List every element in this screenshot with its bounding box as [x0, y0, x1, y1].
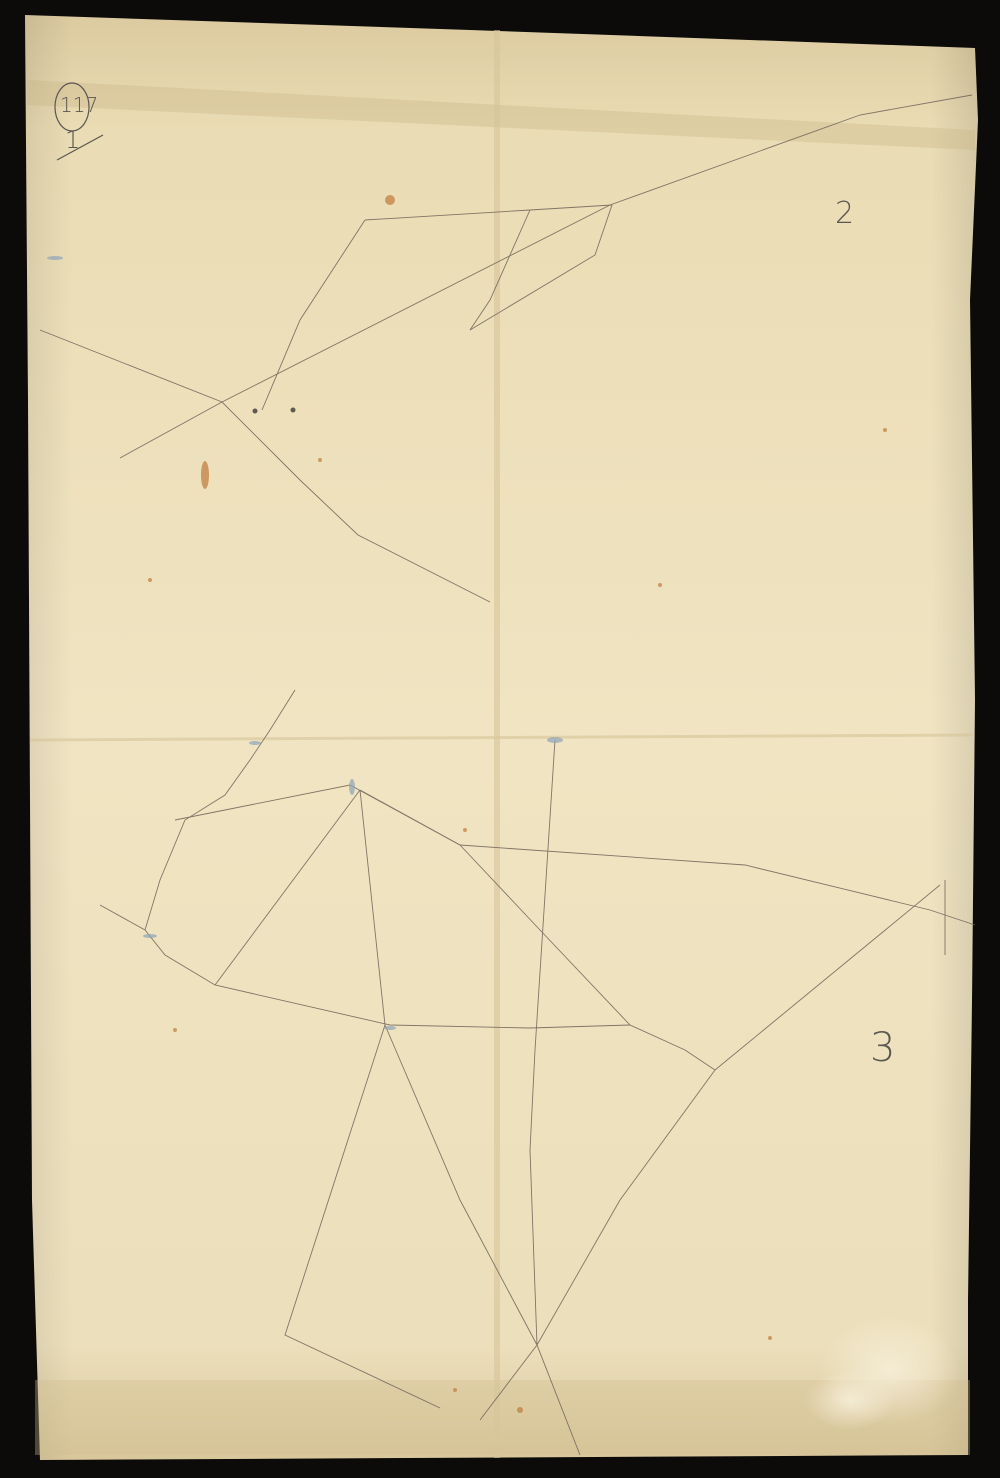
- section-marker-3: 3: [870, 1025, 895, 1071]
- sheet-number: 1: [65, 126, 80, 154]
- catalog-number: 117: [60, 93, 98, 117]
- section-marker-2: 2: [835, 196, 854, 231]
